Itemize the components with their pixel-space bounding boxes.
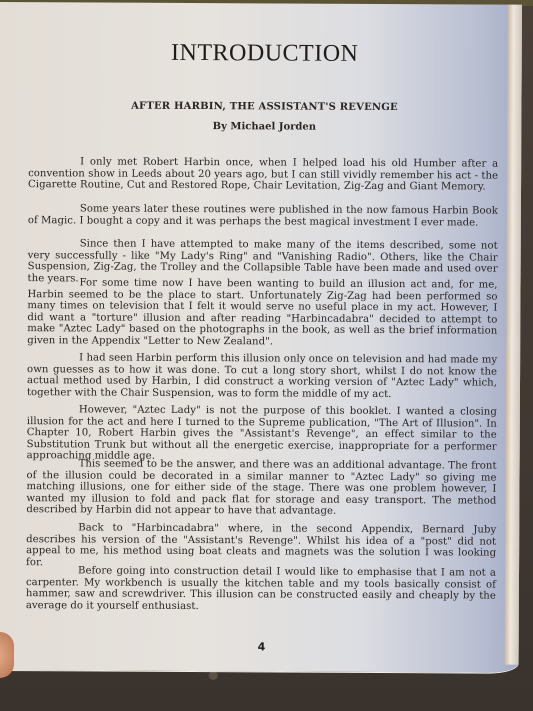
paragraph: This seemed to be the answer, and there … <box>26 458 496 518</box>
page-number: 4 <box>258 640 266 653</box>
paragraph: For some time now I have been wanting to… <box>27 277 497 349</box>
book-page: INTRODUCTION AFTER HARBIN, THE ASSISTANT… <box>0 2 522 673</box>
article-subtitle: AFTER HARBIN, THE ASSISTANT'S REVENGE <box>0 100 529 114</box>
paragraph: However, "Aztec Lady" is not the purpose… <box>27 404 497 464</box>
paragraph: Back to "Harbincadabra" where, in the se… <box>26 522 496 571</box>
paragraph: I only met Robert Harbin once, when I he… <box>28 156 498 193</box>
finger <box>0 632 14 678</box>
paragraph: Some years later these routines were pub… <box>28 203 498 229</box>
paragraph: Before going into construction detail I … <box>26 565 496 614</box>
paragraph: I had seen Harbin perform this illusion … <box>27 352 497 401</box>
author-byline: By Michael Jorden <box>0 120 529 134</box>
page-title: INTRODUCTION <box>0 39 530 69</box>
